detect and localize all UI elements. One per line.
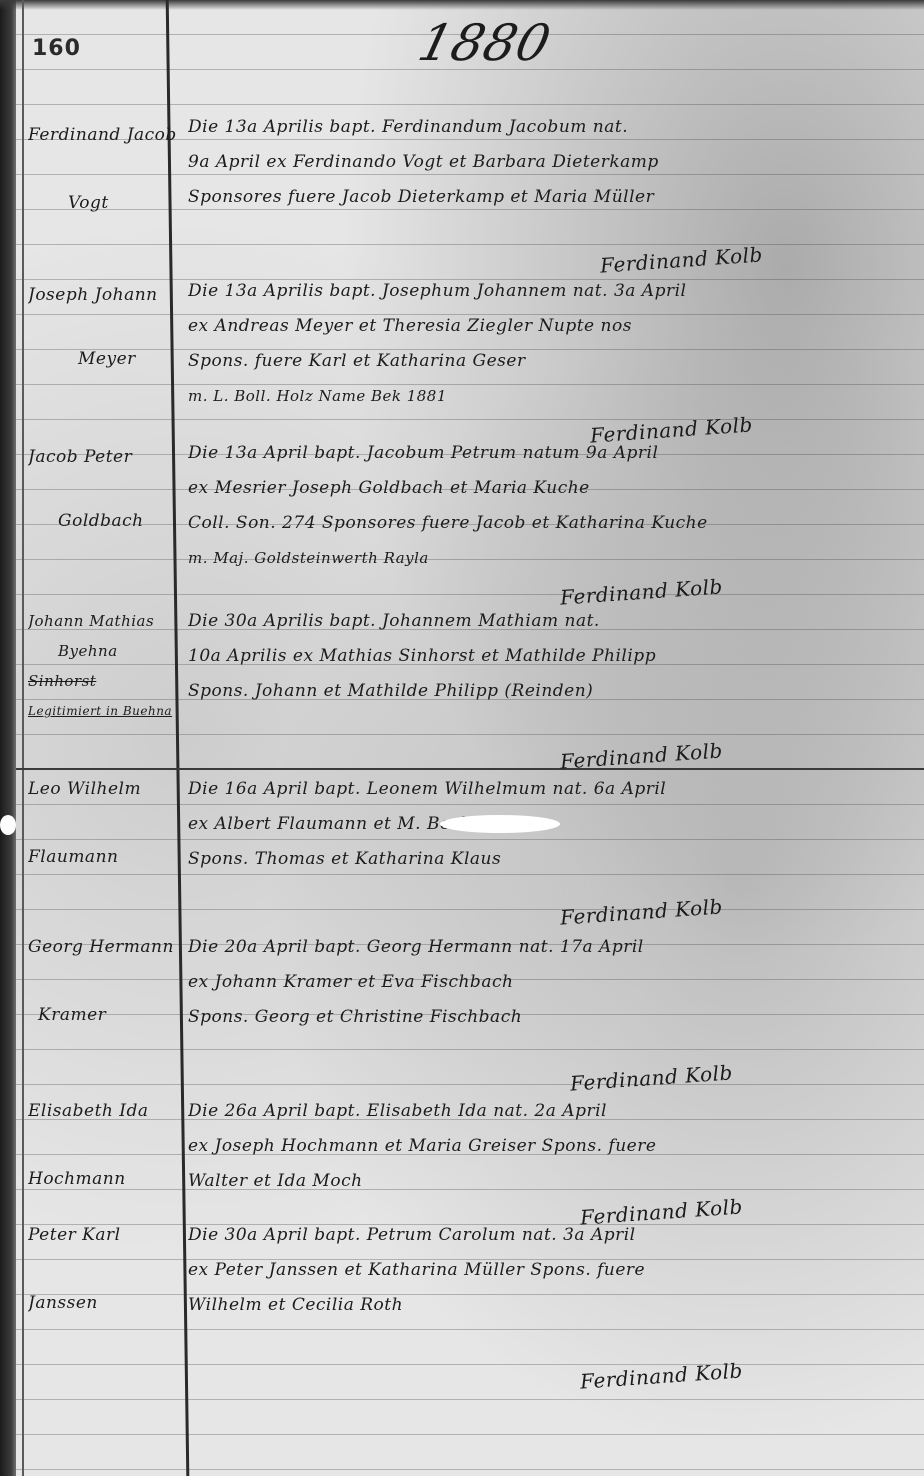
record-line: Coll. Son. 274 Sponsores fuere Jacob et … xyxy=(188,506,888,541)
page-number: 160 xyxy=(32,36,81,61)
given-names: Leo Wilhelm xyxy=(28,772,178,806)
record-line: Spons. Johann et Mathilde Philipp (Reind… xyxy=(188,674,888,709)
priest-signature: Ferdinand Kolb xyxy=(599,242,763,277)
entry-child-name: Leo Wilhelm Flaumann xyxy=(28,772,178,874)
entry-separator-line xyxy=(16,768,924,770)
record-line: Walter et Ida Moch xyxy=(188,1164,888,1199)
given-names: Jacob Peter xyxy=(28,440,178,474)
priest-signature: Ferdinand Kolb xyxy=(559,894,723,929)
record-line: ex Peter Janssen et Katharina Müller Spo… xyxy=(188,1253,888,1288)
spacer xyxy=(28,1252,178,1286)
paper-damage xyxy=(0,815,16,835)
entry-record: Die 13a April bapt. Jacobum Petrum natum… xyxy=(188,436,888,576)
entry-child-name: Georg Hermann Kramer xyxy=(28,930,178,1032)
record-line: ex Johann Kramer et Eva Fischbach xyxy=(188,965,888,1000)
priest-signature: Ferdinand Kolb xyxy=(579,1358,743,1393)
book-binding-shadow xyxy=(0,0,16,1476)
surname: Meyer xyxy=(28,342,178,376)
spacer xyxy=(28,1128,178,1162)
record-line: Die 13a Aprilis bapt. Ferdinandum Jacobu… xyxy=(188,110,888,145)
record-line: Wilhelm et Cecilia Roth xyxy=(188,1288,888,1323)
entry-child-name: Jacob Peter Goldbach xyxy=(28,440,178,538)
record-line: Spons. Georg et Christine Fischbach xyxy=(188,1000,888,1035)
top-edge-shadow xyxy=(0,0,924,10)
entry-child-name: Johann Mathias Byehna Sinhorst Legitimie… xyxy=(28,606,178,726)
record-line: Die 13a Aprilis bapt. Josephum Johannem … xyxy=(188,274,888,309)
record-line: ex Mesrier Joseph Goldbach et Maria Kuch… xyxy=(188,471,888,506)
record-line: Spons. fuere Karl et Katharina Geser xyxy=(188,344,888,379)
struck-surname: Sinhorst xyxy=(28,666,178,696)
record-line: Sponsores fuere Jacob Dieterkamp et Mari… xyxy=(188,180,888,215)
record-line: Die 13a April bapt. Jacobum Petrum natum… xyxy=(188,436,888,471)
spacer xyxy=(28,806,178,840)
record-line: ex Andreas Meyer et Theresia Ziegler Nup… xyxy=(188,309,888,344)
entry-record: Die 30a Aprilis bapt. Johannem Mathiam n… xyxy=(188,604,888,709)
entry-record: Die 13a Aprilis bapt. Ferdinandum Jacobu… xyxy=(188,110,888,215)
record-line: Die 20a April bapt. Georg Hermann nat. 1… xyxy=(188,930,888,965)
given-names: Johann Mathias xyxy=(28,606,178,636)
surname: Kramer xyxy=(28,998,178,1032)
entry-record: Die 30a April bapt. Petrum Carolum nat. … xyxy=(188,1218,888,1323)
spacer xyxy=(28,964,178,998)
record-line: ex Joseph Hochmann et Maria Greiser Spon… xyxy=(188,1129,888,1164)
record-annotation: m. Maj. Goldsteinwerth Rayla xyxy=(188,541,888,576)
record-line: Die 16a April bapt. Leonem Wilhelmum nat… xyxy=(188,772,888,807)
entry-child-name: Peter Karl Janssen xyxy=(28,1218,178,1320)
entry-child-name: Ferdinand Jacob Vogt xyxy=(28,118,178,220)
entry-child-name: Joseph Johann Meyer xyxy=(28,278,178,376)
margin-rule xyxy=(22,0,24,1476)
paper-damage xyxy=(440,815,560,833)
record-line: Die 30a Aprilis bapt. Johannem Mathiam n… xyxy=(188,604,888,639)
surname: Goldbach xyxy=(28,504,178,538)
given-names: Joseph Johann xyxy=(28,278,178,312)
record-line: Die 26a April bapt. Elisabeth Ida nat. 2… xyxy=(188,1094,888,1129)
priest-signature: Ferdinand Kolb xyxy=(569,1060,733,1095)
entry-record: Die 26a April bapt. Elisabeth Ida nat. 2… xyxy=(188,1094,888,1199)
surname: Vogt xyxy=(28,186,178,220)
record-line: 9a April ex Ferdinando Vogt et Barbara D… xyxy=(188,145,888,180)
legitimation-note: Legitimiert in Buehna xyxy=(28,696,178,726)
given-names: Elisabeth Ida xyxy=(28,1094,178,1128)
surname: Flaumann xyxy=(28,840,178,874)
entry-child-name: Elisabeth Ida Hochmann xyxy=(28,1094,178,1196)
given-names: Peter Karl xyxy=(28,1218,178,1252)
record-line: 10a Aprilis ex Mathias Sinhorst et Mathi… xyxy=(188,639,888,674)
record-line: Spons. Thomas et Katharina Klaus xyxy=(188,842,888,877)
given-names: Georg Hermann xyxy=(28,930,178,964)
register-page: 160 1880 Ferdinand Jacob Vogt Die 13a Ap… xyxy=(0,0,924,1476)
entry-record: Die 20a April bapt. Georg Hermann nat. 1… xyxy=(188,930,888,1035)
surname: Byehna xyxy=(28,636,178,666)
surname: Hochmann xyxy=(28,1162,178,1196)
given-names: Ferdinand Jacob xyxy=(28,118,178,152)
record-annotation: m. L. Boll. Holz Name Bek 1881 xyxy=(188,379,888,414)
record-line: Die 30a April bapt. Petrum Carolum nat. … xyxy=(188,1218,888,1253)
surname: Janssen xyxy=(28,1286,178,1320)
year-heading: 1880 xyxy=(413,14,557,72)
entry-record: Die 13a Aprilis bapt. Josephum Johannem … xyxy=(188,274,888,414)
